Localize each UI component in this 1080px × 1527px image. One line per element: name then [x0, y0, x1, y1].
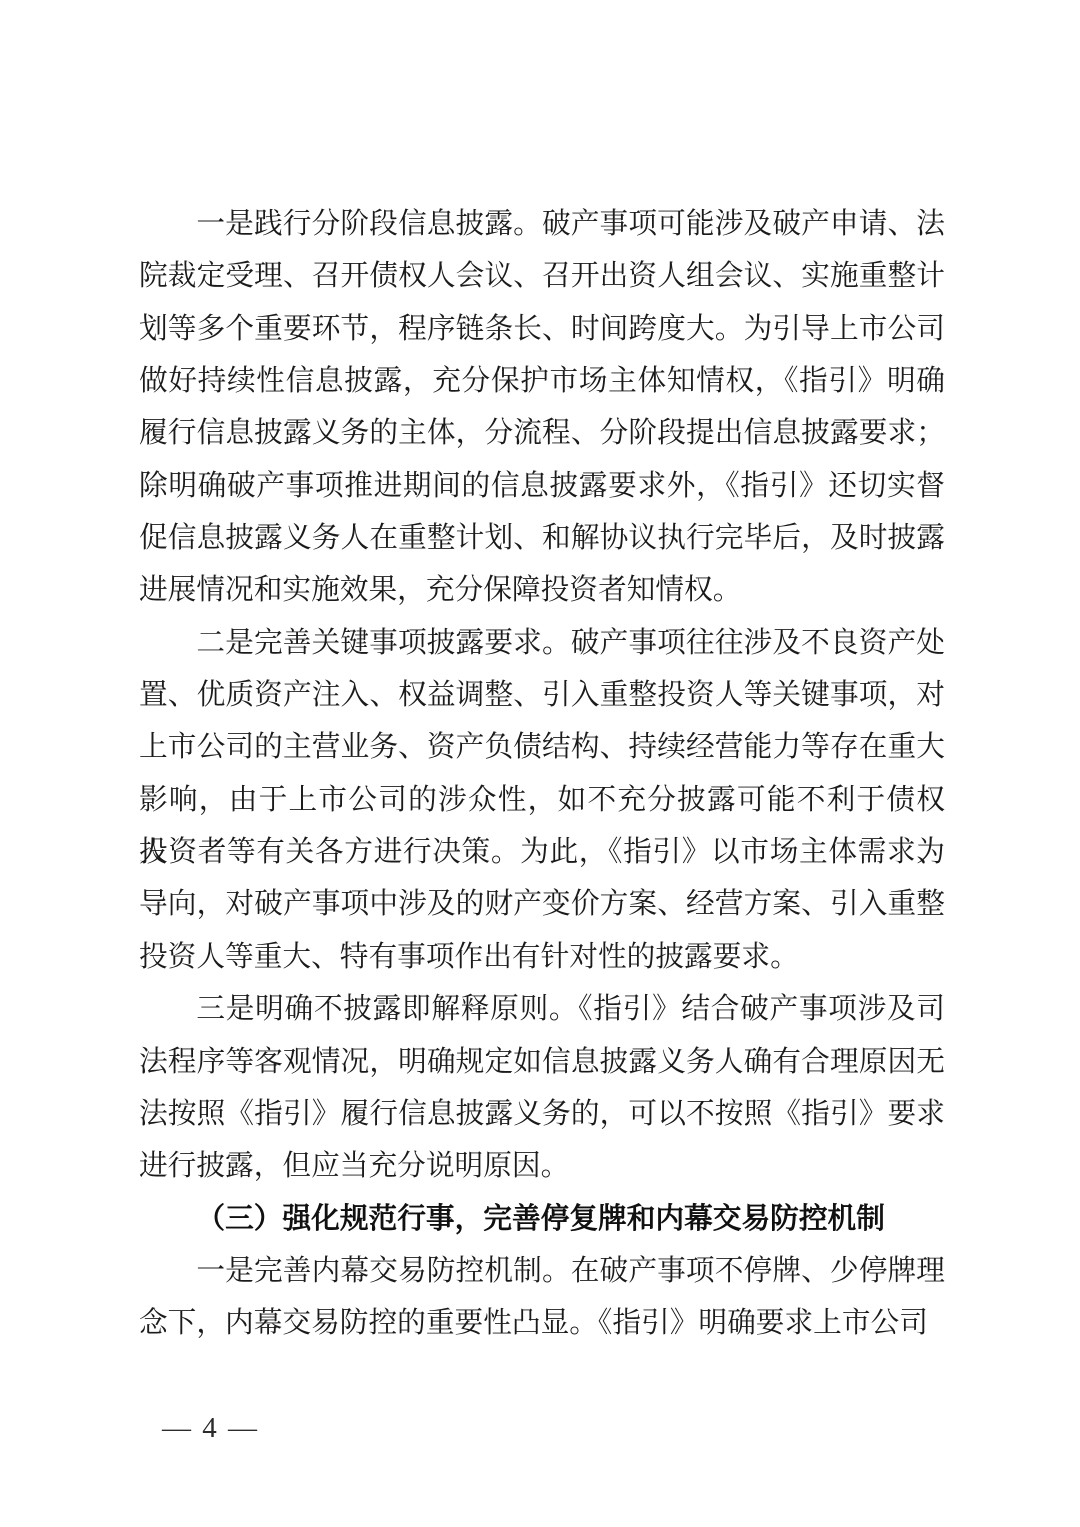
text-line: 做好持续性信息披露，充分保护市场主体知情权，《指引》明确: [139, 355, 945, 407]
text-line: 促信息披露义务人在重整计划、和解协议执行完毕后，及时披露: [139, 512, 945, 564]
section-heading: （三）强化规范行事，完善停复牌和内幕交易防控机制: [139, 1193, 945, 1245]
text-line: 导向，对破产事项中涉及的财产变价方案、经营方案、引入重整: [139, 878, 945, 930]
text-line: 进展情况和实施效果，充分保障投资者知情权。: [139, 564, 945, 616]
text-line: 投资人等重大、特有事项作出有针对性的披露要求。: [139, 931, 945, 983]
text-line: 一是践行分阶段信息披露。破产事项可能涉及破产申请、法: [139, 198, 945, 250]
text-line: 除明确破产事项推进期间的信息披露要求外，《指引》还切实督: [139, 460, 945, 512]
text-line: 上市公司的主营业务、资产负债结构、持续经营能力等存在重大: [139, 721, 945, 773]
document-page: 一是践行分阶段信息披露。破产事项可能涉及破产申请、法院裁定受理、召开债权人会议、…: [0, 0, 1080, 1527]
text-line: 念下，内幕交易防控的重要性凸显。《指引》明确要求上市公司: [139, 1297, 945, 1349]
text-line: 划等多个重要环节，程序链条长、时间跨度大。为引导上市公司: [139, 303, 945, 355]
text-line: 置、优质资产注入、权益调整、引入重整投资人等关键事项，对: [139, 669, 945, 721]
text-line: 进行披露，但应当充分说明原因。: [139, 1140, 945, 1192]
text-line: 法按照《指引》履行信息披露义务的，可以不按照《指引》要求: [139, 1088, 945, 1140]
text-line: 影响，由于上市公司的涉众性，如不充分披露可能不利于债权人、: [139, 774, 945, 826]
text-line: 法程序等客观情况，明确规定如信息披露义务人确有合理原因无: [139, 1036, 945, 1088]
text-line: 院裁定受理、召开债权人会议、召开出资人组会议、实施重整计: [139, 250, 945, 302]
text-line: 一是完善内幕交易防控机制。在破产事项不停牌、少停牌理: [139, 1245, 945, 1297]
page-number: — 4 —: [162, 1412, 259, 1445]
text-line: 履行信息披露义务的主体，分流程、分阶段提出信息披露要求；: [139, 407, 945, 459]
document-body: 一是践行分阶段信息披露。破产事项可能涉及破产申请、法院裁定受理、召开债权人会议、…: [139, 198, 945, 1350]
text-line: 二是完善关键事项披露要求。破产事项往往涉及不良资产处: [139, 617, 945, 669]
text-line: 三是明确不披露即解释原则。《指引》结合破产事项涉及司: [139, 983, 945, 1035]
text-line: 投资者等有关各方进行决策。为此，《指引》以市场主体需求为: [139, 826, 945, 878]
